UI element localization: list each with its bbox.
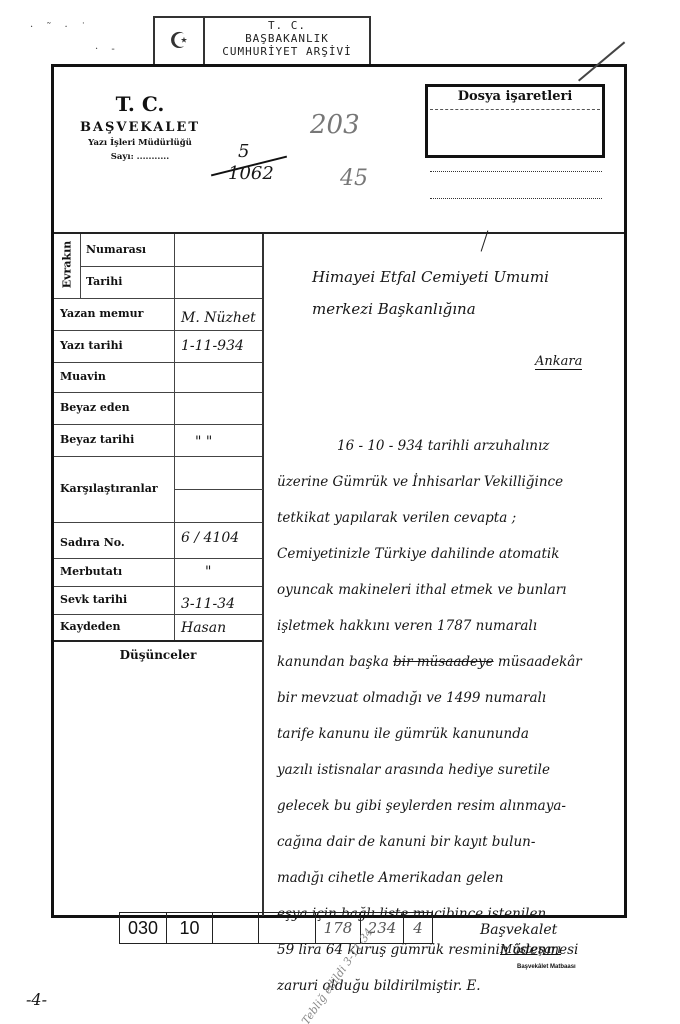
row-label: Beyaz eden xyxy=(60,401,130,414)
signature-line-2: Müsteşarı xyxy=(500,942,561,956)
table-row: Yazı tarihi 1-11-934 xyxy=(54,330,262,363)
stamp-line-3: CUMHURİYET ARŞİVİ xyxy=(207,45,367,58)
dotted-line xyxy=(430,171,602,172)
row-value: 3-11-34 xyxy=(174,586,263,614)
letter-line: gelecek bu gibi şeylerden resim alınmaya… xyxy=(277,788,627,824)
archive-code-box: 4 xyxy=(403,912,433,944)
dosya-underline xyxy=(430,109,600,110)
pencil-number-1: 203 xyxy=(310,110,360,140)
row-value-text: 3-11-34 xyxy=(181,596,235,612)
pencil-number-2: 45 xyxy=(340,166,368,191)
city: Ankara xyxy=(535,354,582,370)
row-label: Karşılaştıranlar xyxy=(60,482,158,495)
row-value-text: 1-11-934 xyxy=(181,338,244,354)
row-value xyxy=(174,392,263,424)
row-label: Yazan memur xyxy=(60,307,143,320)
row-value: " " xyxy=(174,424,263,456)
archive-code-box xyxy=(212,912,259,944)
header-ministry: BAŞVEKALET xyxy=(60,120,220,135)
signature-line-1: Başvekalet xyxy=(480,922,557,938)
table-row: Yazan memur M. Nüzhet xyxy=(54,298,262,331)
dusunceler-heading: Düşünceler xyxy=(54,648,262,662)
letter-line: 16 - 10 - 934 tarihli arzuhalınız xyxy=(277,428,627,464)
archive-stamp: ☪ T. C. BAŞBAKANLIK CUMHURİYET ARŞİVİ xyxy=(153,16,371,66)
crescent-star-icon: ☪ xyxy=(155,18,205,64)
letter-line: kanundan başka bir müsaadeye müsaadekâr xyxy=(277,644,627,680)
scan-specks: · ‐ xyxy=(95,44,120,55)
printer-name: Başvekâlet Matbaası xyxy=(517,964,576,970)
letter-line: tarife kanunu ile gümrük kanununda xyxy=(277,716,627,752)
archive-code-box: 030 xyxy=(119,912,167,944)
row-value xyxy=(174,266,263,298)
table-row: Tarihi xyxy=(80,266,262,299)
dosya-box: Dosya işaretleri xyxy=(425,84,605,158)
stamp-line-1: T. C. xyxy=(207,19,367,32)
letter-line: işletmek hakkını veren 1787 numaralı xyxy=(277,608,627,644)
table-row: Sadıra No. 6 / 4104 xyxy=(54,522,262,559)
row-label: Tarihi xyxy=(86,275,122,288)
row-value-text: M. Nüzhet xyxy=(181,310,256,326)
row-label: Merbutatı xyxy=(60,565,122,578)
row-label: Muavin xyxy=(60,370,106,383)
table-row: Numarası xyxy=(80,234,262,267)
row-label: Numarası xyxy=(86,243,146,256)
row-value: M. Nüzhet xyxy=(174,298,263,330)
row-value: " xyxy=(174,558,263,586)
row-value-text: " xyxy=(205,564,211,580)
letter-line: cağına dair de kanuni bir kayıt bulun- xyxy=(277,824,627,860)
recipient-line-2: merkezi Başkanlığına xyxy=(312,300,476,318)
table-row: Muavin xyxy=(54,362,262,393)
header-tc: T. C. xyxy=(60,92,220,116)
table-row: Sevk tarihi 3-11-34 xyxy=(54,586,262,615)
file-number-bottom: 1062 xyxy=(228,163,274,184)
letter-line: bir mevzuat olmadığı ve 1499 numaralı xyxy=(277,680,627,716)
recipient-line-1: Himayei Etfal Cemiyeti Umumi xyxy=(312,268,549,286)
row-value xyxy=(174,456,263,522)
evrakin-cell: Evrakın xyxy=(54,234,81,299)
archive-code-box xyxy=(258,912,316,944)
row-label: Yazı tarihi xyxy=(60,339,123,352)
table-row: Merbutatı " xyxy=(54,558,262,587)
row-value-text: 6 / 4104 xyxy=(181,530,239,546)
row-value: 1-11-934 xyxy=(174,330,263,362)
row-value xyxy=(174,362,263,392)
table-row: Beyaz eden xyxy=(54,392,262,425)
archive-code-box: 10 xyxy=(166,912,213,944)
row-value-text: " " xyxy=(195,434,212,450)
dosya-title: Dosya işaretleri xyxy=(428,89,602,104)
row-value: Hasan xyxy=(174,614,263,640)
table-row: Beyaz tarihi " " xyxy=(54,424,262,457)
scan-specks: · ˜ · ˙ xyxy=(30,22,91,33)
row-label: Sadıra No. xyxy=(60,536,125,549)
table-row: Kaydeden Hasan xyxy=(54,614,262,642)
letter-line: madığı cihetle Amerikadan gelen xyxy=(277,860,627,896)
row-label: Beyaz tarihi xyxy=(60,433,134,446)
struck-text: bir müsaadeye xyxy=(393,654,493,670)
row-value: 6 / 4104 xyxy=(174,522,263,558)
row-value-text: Hasan xyxy=(181,620,226,636)
stamp-line-2: BAŞBAKANLIK xyxy=(207,32,367,45)
row-label: Sevk tarihi xyxy=(60,593,127,606)
row-label: Kaydeden xyxy=(60,620,120,633)
header-sayi: Sayı: ........... xyxy=(60,152,220,162)
evrakin-label: Evrakın xyxy=(61,238,74,292)
letter-line: üzerine Gümrük ve İnhisarlar Vekilliğinc… xyxy=(277,464,627,500)
header-department: Yazı İşleri Müdürlüğü xyxy=(60,138,220,148)
letter-line: yazılı istisnalar arasında hediye sureti… xyxy=(277,752,627,788)
row-value xyxy=(174,234,263,266)
dotted-line xyxy=(430,198,602,199)
letter-line: oyuncak makineleri ithal etmek ve bunlar… xyxy=(277,572,627,608)
file-number-top: 5 xyxy=(238,141,249,162)
letter-line: Cemiyetinizle Türkiye dahilinde atomatik xyxy=(277,536,627,572)
table-row: Karşılaştıranlar xyxy=(54,456,262,523)
letter-line: tetkikat yapılarak verilen cevapta ; xyxy=(277,500,627,536)
page-number: -4- xyxy=(26,990,47,1009)
